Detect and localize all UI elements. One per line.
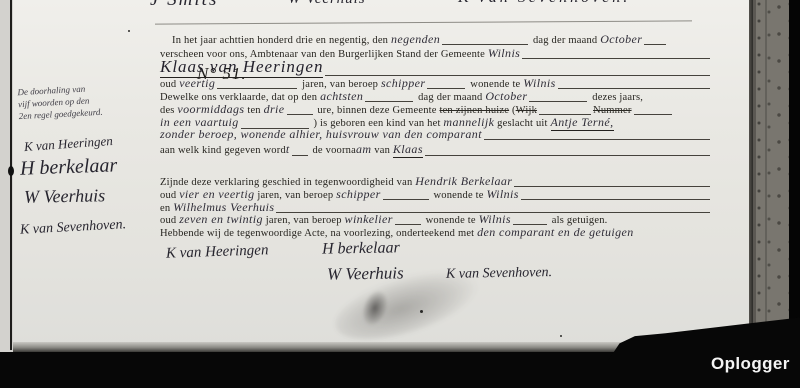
page-edge-band <box>753 0 789 340</box>
ink-speck <box>560 335 562 337</box>
handwritten-text: October <box>600 32 642 47</box>
body-line: Klaas van Heeringen <box>160 57 712 78</box>
watermark-label: Oplogger <box>711 354 790 374</box>
ink-speck <box>420 310 423 313</box>
blank-rule <box>484 136 710 140</box>
handwritten-text: zonder beroep, wonende alhier, huisvrouw… <box>160 127 482 142</box>
printed-text: Hebbende wij de tegenwoordige Acte, na v… <box>160 228 477 239</box>
handwritten-text: den comparant en de getuigen <box>477 225 634 240</box>
body-line: zonder beroep, wonende alhier, huisvrouw… <box>160 127 712 142</box>
signature: H berkelaar <box>322 239 400 258</box>
blank-rule <box>442 41 528 45</box>
printed-text: aan welk kind gegeven word <box>160 145 286 156</box>
margin-signature: H berkelaar <box>20 154 118 180</box>
ink-speck <box>128 30 130 32</box>
margin-signature: W Veerhuis <box>24 185 106 207</box>
printed-text: van <box>371 145 392 156</box>
printed-text: In het jaar achttien honderd drie en neg… <box>172 35 391 46</box>
blank-rule <box>644 41 666 45</box>
handwritten-text: am <box>356 142 371 157</box>
body-line: Hebbende wij de tegenwoordige Acte, na v… <box>160 225 712 240</box>
signature: K van Heeringen <box>166 242 269 263</box>
printed-text: de voorna <box>310 145 356 156</box>
body-line: In het jaar achttien honderd drie en neg… <box>160 32 724 47</box>
body-line: aan welk kind gegeven wordt de voornaam … <box>160 142 712 158</box>
blank-rule <box>425 152 710 156</box>
handwritten-text: t <box>286 142 290 157</box>
handwritten-text: negenden <box>391 32 440 47</box>
handwritten-text: Klaas <box>393 142 423 158</box>
blank-rule <box>292 152 308 156</box>
margin-correction-note: De doorhaling vanvijf woorden op den2en … <box>17 82 103 122</box>
document-scan: J SmitsW VeerhuisK van Sevenhoven. N° 51… <box>0 0 800 388</box>
ink-blot <box>8 166 14 176</box>
printed-text: dag der maand <box>530 35 600 46</box>
handwritten-text: Klaas van Heeringen <box>160 57 323 78</box>
